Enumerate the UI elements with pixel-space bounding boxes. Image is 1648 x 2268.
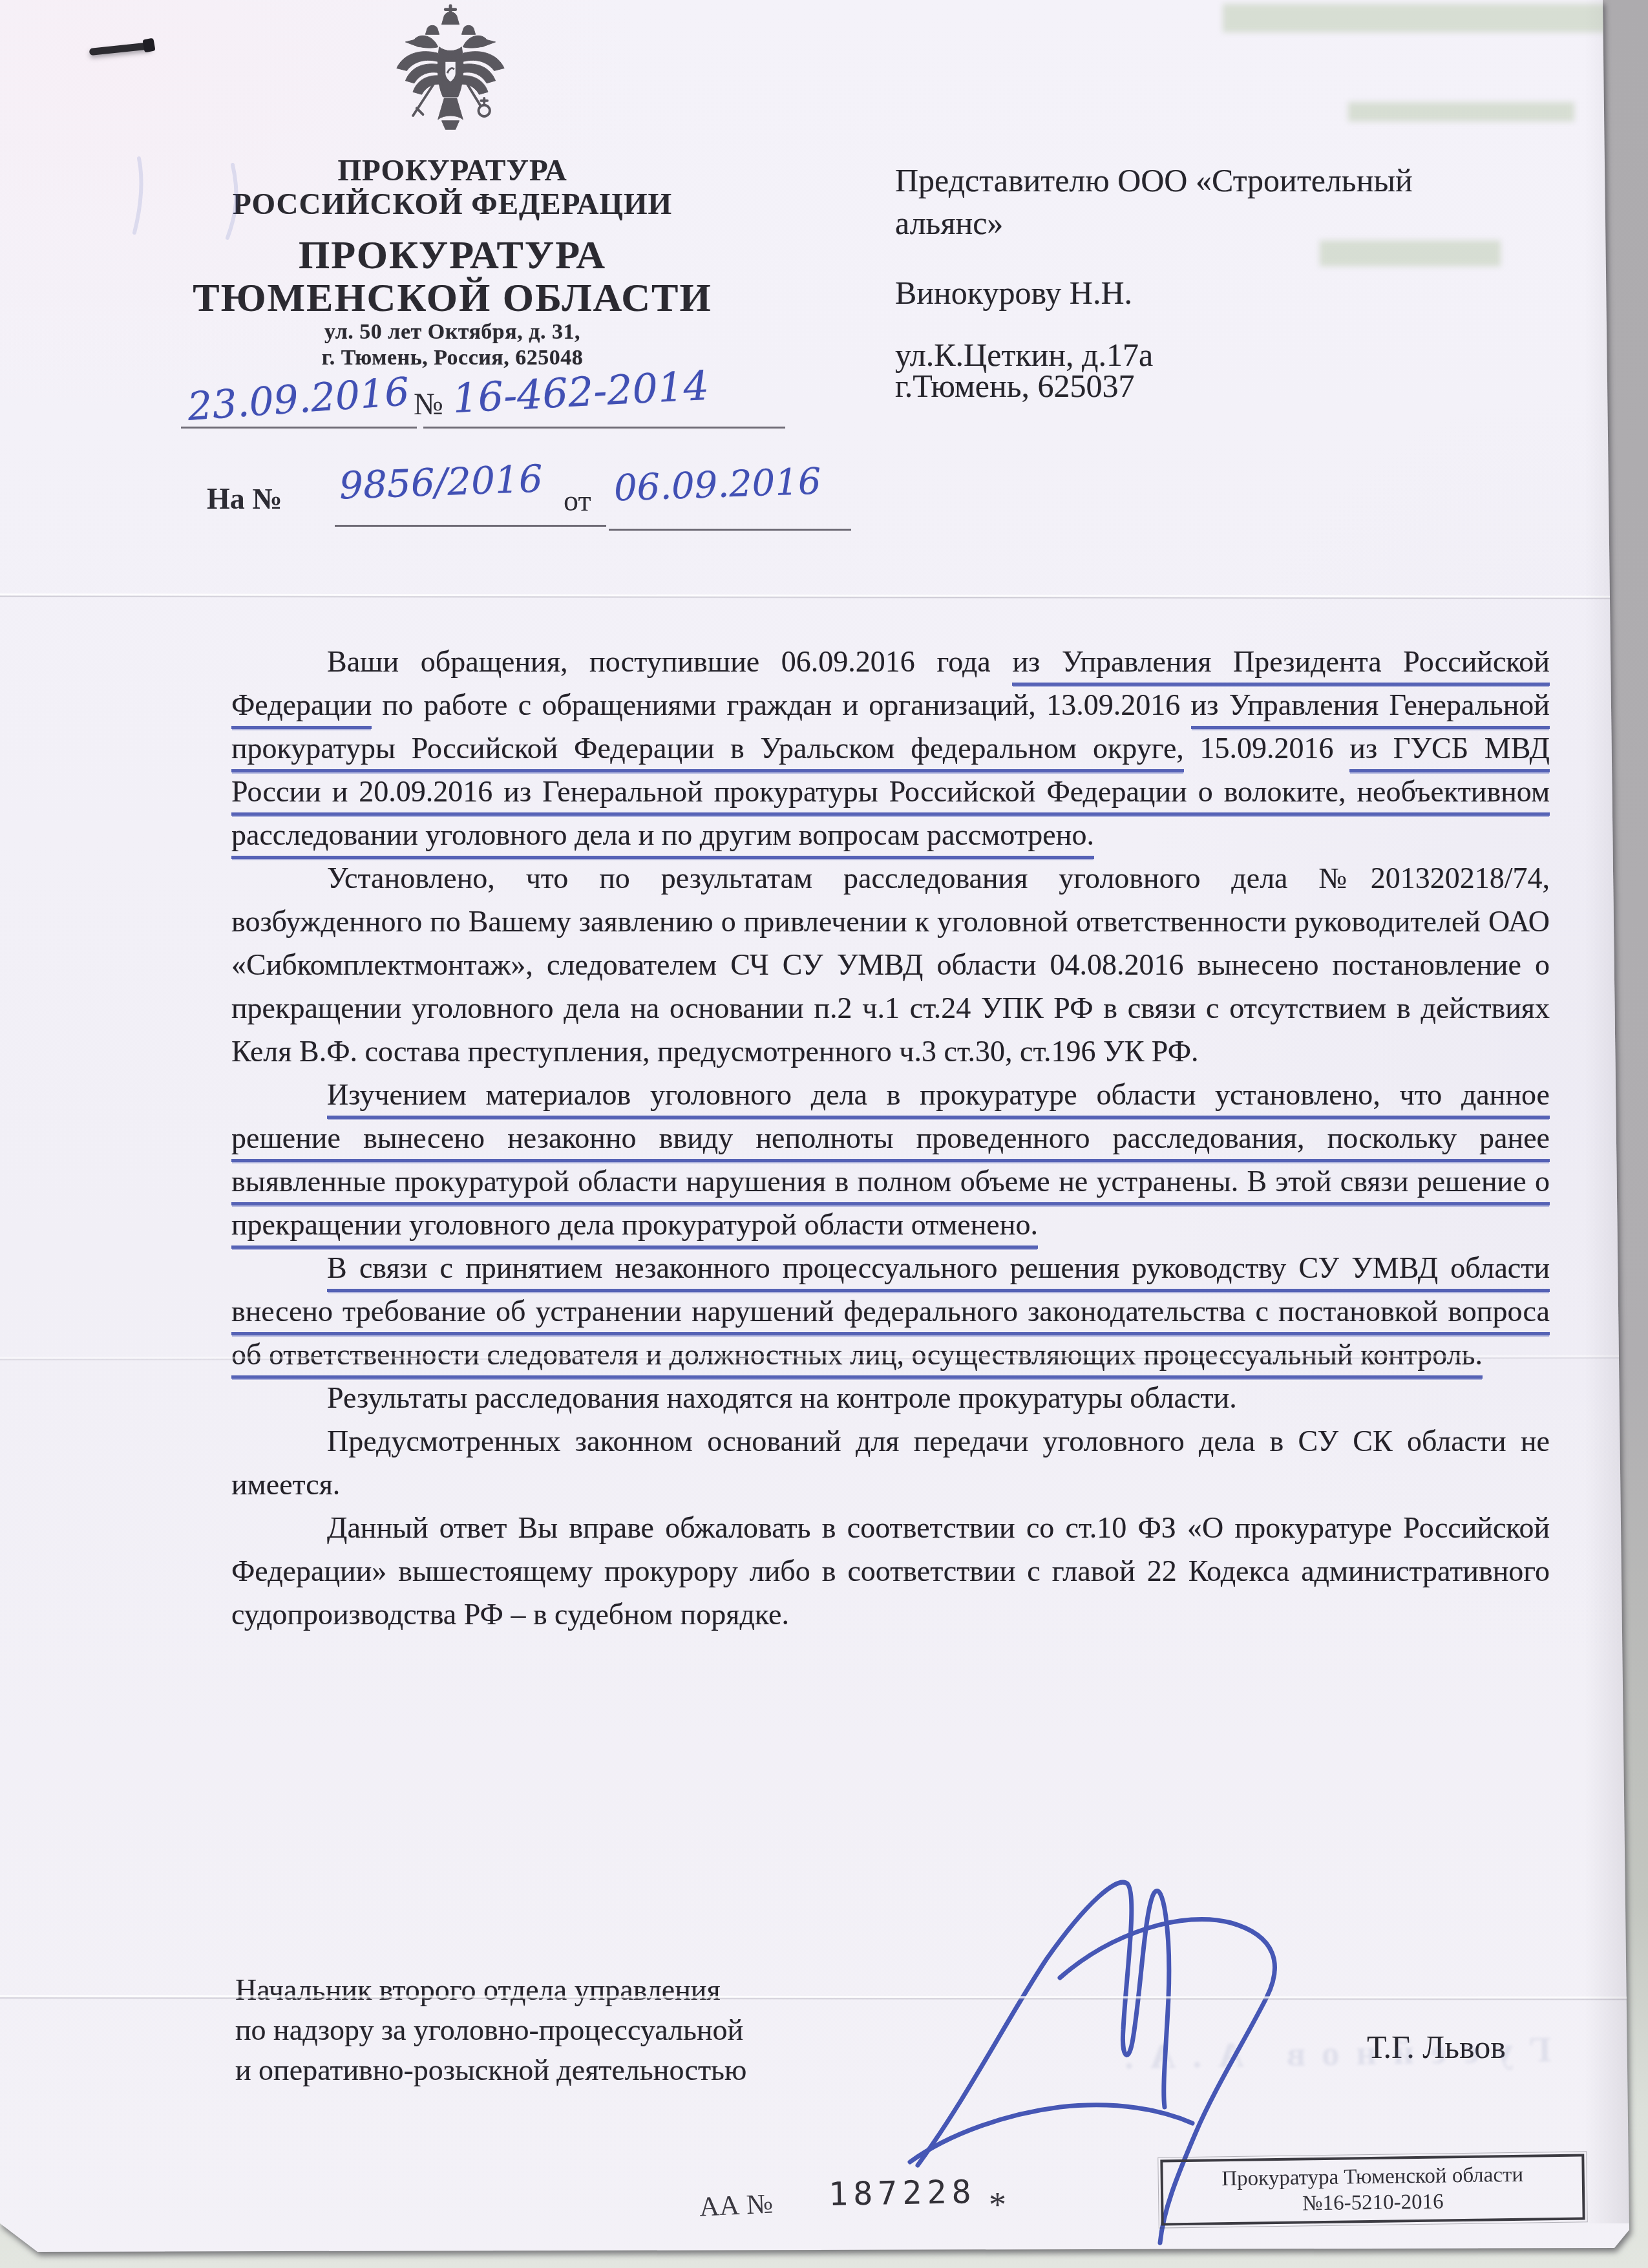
- number-sign-label: №: [414, 387, 443, 422]
- registration-stamp: Прокуратура Тюменской области №16-5210-2…: [1160, 2154, 1585, 2225]
- body-text: Предусмотренных законном оснований для п…: [231, 1425, 1550, 1501]
- body-text: 15.09.2016: [1184, 732, 1349, 765]
- incoming-label: На №: [207, 482, 282, 516]
- form-number: 187228: [829, 2173, 977, 2213]
- body-text: Данный ответ Вы вправе обжаловать в соот…: [231, 1511, 1550, 1631]
- reference-underline: [335, 525, 606, 527]
- scanned-letter-page: ПРОКУРАТУРА РОССИЙСКОЙ ФЕДЕРАЦИИ ПРОКУРА…: [0, 0, 1648, 2268]
- coat-of-arms-icon: [379, 3, 522, 153]
- scan-smudge: [1348, 102, 1574, 122]
- addressee-line1: Представителю ООО «Строительный: [895, 162, 1413, 199]
- letterhead-address-line1: ул. 50 лет Октября, д. 31,: [152, 319, 753, 345]
- staple-mark-icon: [142, 38, 155, 53]
- paragraph: Предусмотренных законном оснований для п…: [231, 1419, 1550, 1506]
- paragraph: Результаты расследования находятся на ко…: [231, 1376, 1550, 1419]
- reference-underline: [423, 427, 785, 429]
- paper-sheet-wrap: ПРОКУРАТУРА РОССИЙСКОЙ ФЕДЕРАЦИИ ПРОКУРА…: [0, 0, 1648, 2268]
- pen-underlined-text: Изучением материалов уголовного дела в п…: [231, 1078, 1550, 1249]
- outgoing-date-handwritten: 23.09.2016: [186, 369, 411, 430]
- paper-sheet: ПРОКУРАТУРА РОССИЙСКОЙ ФЕДЕРАЦИИ ПРОКУРА…: [0, 0, 1648, 2268]
- body-text: по работе с обращениями граждан и органи…: [372, 688, 1190, 721]
- addressee-city: г.Тюмень, 625037: [895, 367, 1135, 405]
- scan-smudge: [1223, 4, 1630, 32]
- letterhead-dept-line2: ТЮМЕНСКОЙ ОБЛАСТИ: [152, 277, 753, 319]
- fold-crease: [0, 593, 1648, 600]
- reference-underline: [181, 427, 417, 429]
- paragraph: Ваши обращения, поступившие 06.09.2016 г…: [231, 640, 1550, 856]
- form-asterisk: *: [989, 2185, 1006, 2225]
- addressee-name: Винокурову Н.Н.: [895, 274, 1132, 312]
- signer-title-line1: Начальник второго отдела управления: [235, 1970, 721, 2010]
- ink-show-through-marks: [116, 142, 297, 259]
- incoming-number-handwritten: 9856/2016: [339, 457, 544, 508]
- body-text: Ваши обращения, поступившие 06.09.2016 г…: [327, 645, 1012, 678]
- paragraph: Данный ответ Вы вправе обжаловать в соот…: [231, 1506, 1550, 1636]
- signer-title-line2: по надзору за уголовно-процессуальной: [235, 2010, 743, 2050]
- signer-title-line3: и оперативно-розыскной деятельностью: [235, 2050, 746, 2090]
- form-series-label: АА №: [699, 2189, 774, 2223]
- from-label: от: [564, 483, 591, 518]
- body-text: Результаты расследования находятся на ко…: [327, 1381, 1237, 1414]
- addressee-line2: альянс»: [895, 204, 1003, 242]
- letterhead-address: ул. 50 лет Октября, д. 31, г. Тюмень, Ро…: [152, 319, 753, 371]
- body-paragraphs: Ваши обращения, поступившие 06.09.2016 г…: [231, 640, 1550, 1636]
- paper-edge-shade: [1585, 0, 1631, 2223]
- incoming-date-handwritten: 06.09.2016: [613, 460, 822, 509]
- scan-smudge: [1320, 240, 1501, 266]
- body-text: Установлено, что по результатам расследо…: [231, 862, 1550, 1068]
- paragraph: Изучением материалов уголовного дела в п…: [231, 1073, 1550, 1246]
- paragraph: Установлено, что по результатам расследо…: [231, 856, 1550, 1073]
- reference-underline: [609, 529, 851, 531]
